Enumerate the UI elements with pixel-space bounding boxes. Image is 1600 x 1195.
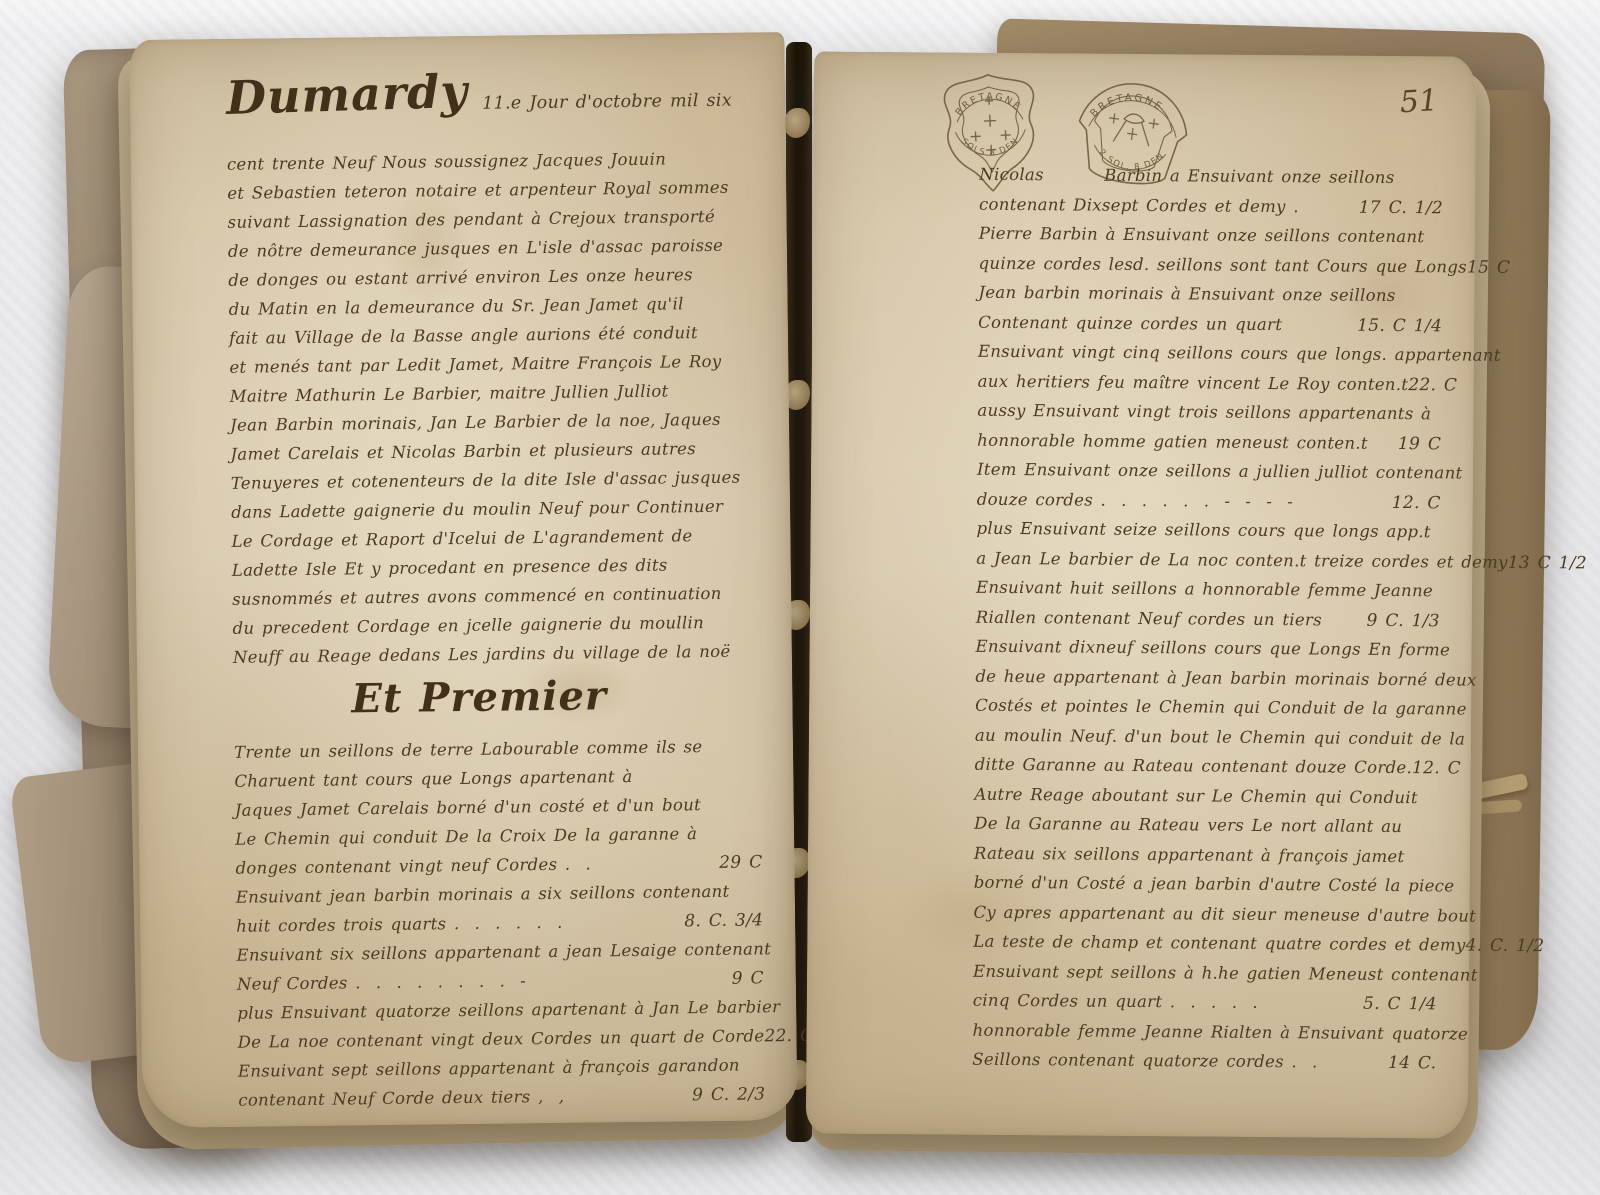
svg-text:SOLS 8 DEN: SOLS 8 DEN — [959, 134, 1022, 159]
right-page-lines: Nicolas Barbin a Ensuivant onze seillons… — [972, 165, 1449, 1083]
line-value: 29 C — [719, 852, 768, 873]
line-text: borné d'un Costé a jean barbin d'autre C… — [974, 873, 1455, 896]
manuscript-line: borné d'un Costé a jean barbin d'autre C… — [974, 873, 1444, 906]
manuscript-line: Nicolas Barbin a Ensuivant onze seillons — [979, 165, 1449, 198]
line-text: Ensuivant vingt cinq seillons cours que … — [978, 342, 1501, 365]
line-text: Rateau six seillons appartenant à franço… — [974, 843, 1405, 865]
line-text: contenant Dixsept Cordes et demy . — [979, 194, 1299, 216]
manuscript-line: Jean barbin morinais à Ensuivant onze se… — [978, 283, 1448, 316]
manuscript-line: Ensuivant sept seillons à h.he gatien Me… — [973, 961, 1443, 994]
line-text: cinq Cordes un quart . . . . . — [973, 991, 1258, 1012]
manuscript-line: au moulin Neuf. d'un bout le Chemin qui … — [975, 725, 1445, 758]
manuscript-line: Costés et pointes le Chemin qui Conduit … — [975, 696, 1445, 729]
manuscript-line: cinq Cordes un quart . . . . . 5. C 1/4 — [973, 991, 1443, 1024]
line-value: 9 C — [732, 968, 770, 988]
folio-number: 51 — [1399, 83, 1439, 120]
line-text: Jean barbin morinais à Ensuivant onze se… — [978, 283, 1395, 305]
manuscript-line: douze cordes . . . . . . - - - - 12. C — [977, 489, 1447, 522]
manuscript-line: Riallen contenant Neuf cordes un tiers 9… — [976, 607, 1446, 640]
manuscript-line: La teste de champ et contenant quatre co… — [973, 932, 1443, 965]
line-value: 5. C 1/4 — [1363, 994, 1443, 1015]
line-text: aussy Ensuivant vingt trois seillons app… — [977, 401, 1431, 424]
line-text: plus Ensuivant seize seillons cours que … — [976, 519, 1430, 542]
line-text: a Jean Le barbier de La noc conten.t tre… — [976, 548, 1508, 571]
line-value: 9 C. 1/3 — [1367, 610, 1446, 631]
manuscript-line: contenant Dixsept Cordes et demy . 17 C.… — [979, 194, 1449, 227]
manuscript-line: Rateau six seillons appartenant à franço… — [974, 843, 1444, 876]
line-text: Ensuivant dixneuf seillons cours que Lon… — [976, 637, 1451, 660]
manuscript-line: Pierre Barbin à Ensuivant onze seillons … — [979, 224, 1449, 257]
line-text: honnorable femme Jeanne Rialten à Ensuiv… — [973, 1020, 1469, 1043]
line-text: ditte Garanne au Rateau contenant douze … — [975, 755, 1413, 777]
document-heading-row: Dumardy 11.e Jour d'octobre mil six — [226, 62, 760, 155]
line-text: Ladette Isle Et y procedant en presence … — [232, 556, 668, 580]
manuscript-line: contenant Neuf Corde deux tiers , , 9 C.… — [238, 1084, 771, 1120]
line-text: cent trente Neuf Nous soussignez Jacques… — [227, 149, 666, 173]
manuscript-line: Item Ensuivant onze seillons a jullien j… — [977, 460, 1447, 493]
line-text: de heue appartenant à Jean barbin morina… — [975, 666, 1476, 689]
line-text: honnorable homme gatien meneust conten.t — [977, 430, 1368, 452]
manuscript-line: Seillons contenant quatorze cordes . . 1… — [972, 1050, 1442, 1083]
line-text: aux heritiers feu maître vincent Le Roy … — [978, 371, 1409, 393]
manuscript-line: honnorable femme Jeanne Rialten à Ensuiv… — [972, 1020, 1442, 1053]
svg-text:BRETAGNE: BRETAGNE — [953, 90, 1024, 119]
manuscript-page-left: Dumardy 11.e Jour d'octobre mil six cent… — [129, 32, 797, 1128]
line-text: Contenant quinze cordes un quart — [978, 312, 1282, 333]
line-value: 14 C. — [1388, 1053, 1442, 1073]
line-text: Costés et pointes le Chemin qui Conduit … — [975, 696, 1467, 719]
left-page-text: Dumardy 11.e Jour d'octobre mil six cent… — [226, 62, 772, 1119]
stamp-text-bottom: SOLS 8 DEN — [959, 134, 1022, 159]
heading-dumardy: Dumardy — [225, 64, 468, 125]
left-page-entry-lines: Trente un seillons de terre Labourable c… — [234, 736, 772, 1119]
line-text: La teste de champ et contenant quatre co… — [973, 932, 1465, 955]
line-text: huit cordes trois quarts . . . . . . — [236, 913, 563, 936]
line-value: 12. C — [1412, 758, 1467, 778]
line-text: Ensuivant huit seillons a honnorable fem… — [976, 578, 1433, 601]
line-value: 19 C — [1398, 434, 1447, 454]
manuscript-line: Contenant quinze cordes un quart 15. C 1… — [978, 312, 1448, 345]
section-heading-et-premier: Et Premier — [233, 670, 767, 743]
line-text: Neuf Cordes . . . . . . . . - — [237, 971, 526, 994]
line-value: 15 C — [1467, 257, 1516, 277]
line-text: Charuent tant cours que Longs apartenant… — [234, 767, 632, 791]
manuscript-line: De la Garanne au Rateau vers Le nort all… — [974, 814, 1444, 847]
line-text: douze cordes . . . . . . - - - - — [977, 489, 1294, 510]
line-value: 15. C 1/4 — [1357, 315, 1448, 336]
manuscript-line: aux heritiers feu maître vincent Le Roy … — [978, 371, 1448, 404]
manuscript-page-right: 51 BRETAGNE SOLS 8 DEN — [806, 51, 1476, 1138]
heading-date: 11.e Jour d'octobre mil six — [482, 91, 732, 114]
line-text: Seillons contenant quatorze cordes . . — [972, 1050, 1317, 1072]
open-manuscript-book: Dumardy 11.e Jour d'octobre mil six cent… — [0, 0, 1600, 1195]
line-text: Nicolas Barbin a Ensuivant onze seillons — [979, 165, 1394, 187]
manuscript-line: aussy Ensuivant vingt trois seillons app… — [977, 401, 1447, 434]
line-text: Item Ensuivant onze seillons a jullien j… — [977, 460, 1463, 483]
line-value: 12. C — [1392, 492, 1447, 512]
line-value: 9 C. 2/3 — [692, 1084, 771, 1105]
line-text: Autre Reage aboutant sur Le Chemin qui C… — [974, 784, 1418, 806]
ermine-bow — [1106, 111, 1159, 147]
line-value: 17 C. 1/2 — [1359, 197, 1449, 218]
manuscript-line: Ensuivant huit seillons a honnorable fem… — [976, 578, 1446, 611]
line-text: contenant Neuf Corde deux tiers , , — [238, 1087, 564, 1110]
manuscript-line: ditte Garanne au Rateau contenant douze … — [975, 755, 1445, 788]
manuscript-line: Ensuivant dixneuf seillons cours que Lon… — [975, 637, 1445, 670]
manuscript-line: Cy apres appartenant au dit sieur meneus… — [973, 902, 1443, 935]
manuscript-line: Ensuivant vingt cinq seillons cours que … — [978, 342, 1448, 375]
line-text: Pierre Barbin à Ensuivant onze seillons … — [979, 224, 1425, 246]
line-value: 13 C 1/2 — [1508, 552, 1593, 573]
line-value: 4. C. 1/2 — [1465, 936, 1550, 957]
line-value: 22. C — [1408, 375, 1463, 395]
line-text: donges contenant vingt neuf Cordes . . — [235, 854, 591, 877]
line-text: Cy apres appartenant au dit sieur meneus… — [973, 902, 1476, 925]
manuscript-line: de heue appartenant à Jean barbin morina… — [975, 666, 1445, 699]
left-page-intro-lines: cent trente Neuf Nous soussignez Jacques… — [227, 148, 766, 676]
line-text: Riallen contenant Neuf cordes un tiers — [976, 607, 1322, 629]
manuscript-line: Autre Reage aboutant sur Le Chemin qui C… — [974, 784, 1444, 817]
manuscript-line: plus Ensuivant seize seillons cours que … — [976, 519, 1446, 552]
line-text: au moulin Neuf. d'un bout le Chemin qui … — [975, 725, 1465, 748]
manuscript-line: honnorable homme gatien meneust conten.t… — [977, 430, 1447, 463]
stamp-text-top: BRETAGNE — [953, 90, 1024, 119]
manuscript-line: a Jean Le barbier de La noc conten.t tre… — [976, 548, 1446, 581]
binding-knot — [784, 108, 810, 138]
line-value: 8. C. 3/4 — [684, 910, 769, 931]
manuscript-line: quinze cordes lesd. seillons sont tant C… — [978, 253, 1448, 286]
right-page-text: Nicolas Barbin a Ensuivant onze seillons… — [972, 165, 1449, 1083]
line-text: quinze cordes lesd. seillons sont tant C… — [979, 253, 1468, 276]
line-text: Maitre Mathurin Le Barbier, maitre Julli… — [230, 381, 669, 405]
line-text: Ensuivant sept seillons à h.he gatien Me… — [973, 961, 1478, 984]
line-text: De la Garanne au Rateau vers Le nort all… — [974, 814, 1402, 836]
